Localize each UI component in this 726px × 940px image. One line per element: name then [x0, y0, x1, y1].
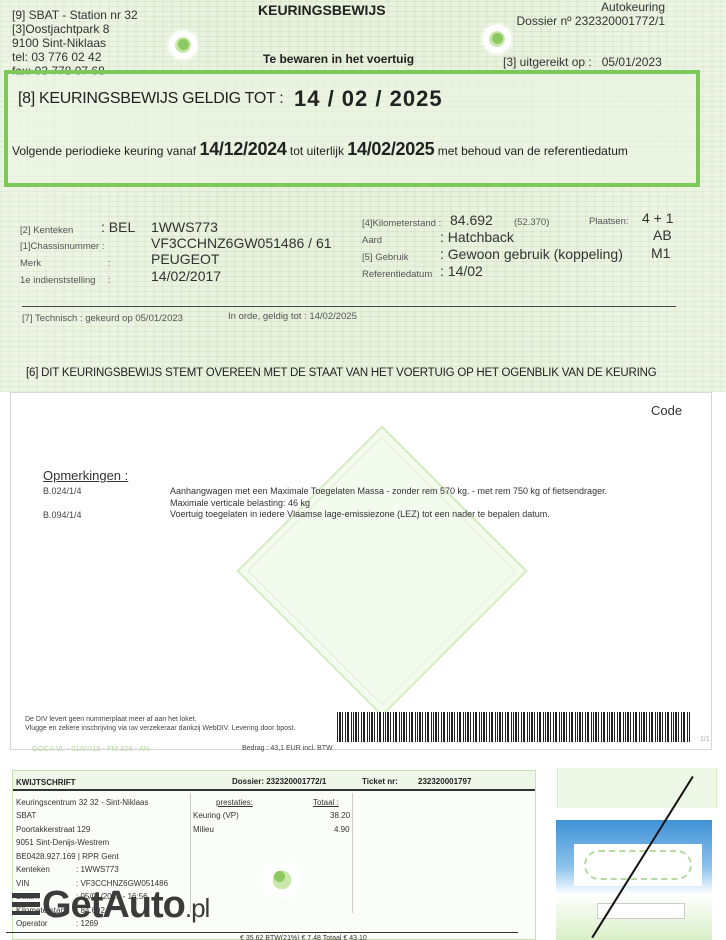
- goca-eye-logo-icon: [166, 28, 200, 62]
- station-tel: tel: 03 776 02 42: [12, 50, 138, 64]
- remarks-title: Opmerkingen :: [43, 468, 128, 483]
- reference-date-label: Referentiedatum: [362, 269, 432, 280]
- receipt-total-divider: [6, 932, 518, 933]
- remark-text: Aanhangwagen met een Maximale Toegelaten…: [170, 486, 607, 496]
- document-subtitle: Te bewaren in het voertuig: [263, 52, 414, 66]
- next-inspection: Volgende periodieke keuring vanaf 14/12/…: [12, 139, 628, 160]
- first-registration-label: 1e indienststelling: [20, 275, 96, 286]
- station-city: 9100 Sint-Niklaas: [12, 36, 138, 50]
- receipt-field-label: VIN: [16, 879, 29, 888]
- code-header: Code: [651, 403, 682, 418]
- station-address: [3]Oostjachtpark 8: [12, 22, 138, 36]
- receipt-dossier: Dossier: 232320001772/1: [232, 777, 326, 786]
- usage-label: [5] Gebruik: [362, 252, 408, 263]
- station-name: [9] SBAT - Station nr 32: [12, 8, 138, 22]
- receipt-vat: BE0428.927.169 | RPR Gent: [16, 852, 119, 861]
- conformity-statement: [6] DIT KEURINGSBEWIJS STEMT OVEREEN MET…: [26, 367, 657, 379]
- first-registration-value: 14/02/2017: [151, 268, 221, 284]
- receipt-title: KWIJTSCHRIFT: [16, 778, 76, 787]
- sticker-holder: [557, 768, 717, 808]
- receipt-center: Keuringscentrum 32 32 - Sint-Niklaas: [16, 798, 149, 807]
- chassis-value: VF3CCHNZ6GW051486 / 61: [151, 235, 332, 251]
- validity-label: [8] KEURINGSBEWIJS GELDIG TOT :: [18, 90, 283, 108]
- receipt-field-label: Kenteken: [16, 865, 50, 874]
- form-code: GOCA VL - 01/07/19 - FM 828 - AN: [32, 744, 149, 753]
- receipt-totals: € 35.62 BTW(21%) € 7.48 Totaal € 43.10: [240, 935, 367, 940]
- remark-code: B.094/1/4: [43, 510, 82, 520]
- amount: Bedrag : 43,1 EUR incl. BTW: [242, 745, 333, 752]
- validity-box: [8] KEURINGSBEWIJS GELDIG TOT : 14 / 02 …: [4, 70, 700, 187]
- service-name: Milieu: [193, 825, 214, 834]
- remark-text-2: Maximale verticale belasting: 46 kg: [170, 498, 310, 508]
- remark-text: Voertuig toegelaten in iedere Vlaamse la…: [170, 509, 550, 519]
- total-header: Totaal :: [313, 798, 339, 807]
- receipt-field-value: : 1WWS773: [76, 865, 119, 874]
- dossier-info: Autokeuring Dossier nº 232320001772/1: [517, 0, 666, 28]
- brand-value: PEUGEOT: [151, 251, 219, 267]
- reference-date-value: : 14/02: [440, 263, 483, 279]
- getauto-logo-icon: [12, 893, 40, 915]
- page-number: 1/1: [700, 736, 710, 743]
- plate-label: [2] Kenteken: [20, 225, 73, 236]
- receipt-street: Poortakkerstraat 129: [16, 825, 90, 834]
- type-value: : Hatchback: [440, 229, 514, 245]
- organization: Autokeuring: [517, 0, 666, 14]
- brand-label: Merk: [20, 258, 41, 269]
- issued-value: 05/01/2023: [602, 55, 662, 69]
- km-value: 84.692: [450, 212, 493, 228]
- goca-eye-logo-icon: [262, 860, 302, 900]
- seats-value: 4 + 1: [642, 210, 674, 226]
- div-note-1: De DIV levert geen nummerplaat meer af a…: [25, 716, 197, 723]
- issued-label: [3] uitgereikt op :: [503, 55, 592, 69]
- barcode: [337, 712, 690, 742]
- type-label: Aard: [362, 235, 382, 246]
- getauto-watermark: GetAuto.pl: [42, 884, 209, 927]
- station-info: [9] SBAT - Station nr 32 [3]Oostjachtpar…: [12, 8, 138, 78]
- service-amount: 38.20: [330, 811, 350, 820]
- plate-country: : BEL: [101, 219, 135, 235]
- div-note-2: Vlugge en zekere inschrijving via uw ver…: [25, 725, 295, 732]
- remark-code: B.024/1/4: [43, 486, 82, 496]
- receipt-company: SBAT: [16, 811, 36, 820]
- receipt-city: 9051 Sint-Denijs-Westrem: [16, 838, 109, 847]
- dossier-number: Dossier nº 232320001772/1: [517, 14, 666, 28]
- service-amount: 4.90: [334, 825, 350, 834]
- type-code: AB: [653, 227, 672, 243]
- goca-eye-logo-icon: [480, 22, 514, 56]
- validity-date: 14 / 02 / 2025: [294, 86, 443, 112]
- ticket-label: Ticket nr:: [362, 777, 398, 786]
- issued-date: [3] uitgereikt op : 05/01/2023: [503, 55, 662, 69]
- document-title: KEURINGSBEWIJS: [258, 2, 386, 18]
- technical-check: [7] Technisch : gekeurd op 05/01/2023: [22, 313, 183, 324]
- seats-label: Plaatsen:: [589, 216, 629, 227]
- km-label: [4]Kilometerstand :: [362, 218, 441, 229]
- plate-value: 1WWS773: [151, 219, 218, 235]
- usage-value: : Gewoon gebruik (koppeling): [440, 246, 623, 262]
- divider: [22, 306, 676, 307]
- receipt-column-divider: [352, 793, 353, 913]
- category-value: M1: [651, 245, 670, 261]
- service-name: Keuring (VP): [193, 811, 239, 820]
- in-order-valid-until: In orde, geldig tot : 14/02/2025: [228, 311, 357, 322]
- services-header: prestaties:: [216, 798, 253, 807]
- next-until-date: 14/02/2025: [347, 139, 434, 159]
- ticket-number: 232320001797: [418, 777, 471, 786]
- km-previous: (52.370): [514, 217, 549, 228]
- chassis-label: [1]Chassisnummer :: [20, 241, 104, 252]
- next-from-date: 14/12/2024: [199, 139, 286, 159]
